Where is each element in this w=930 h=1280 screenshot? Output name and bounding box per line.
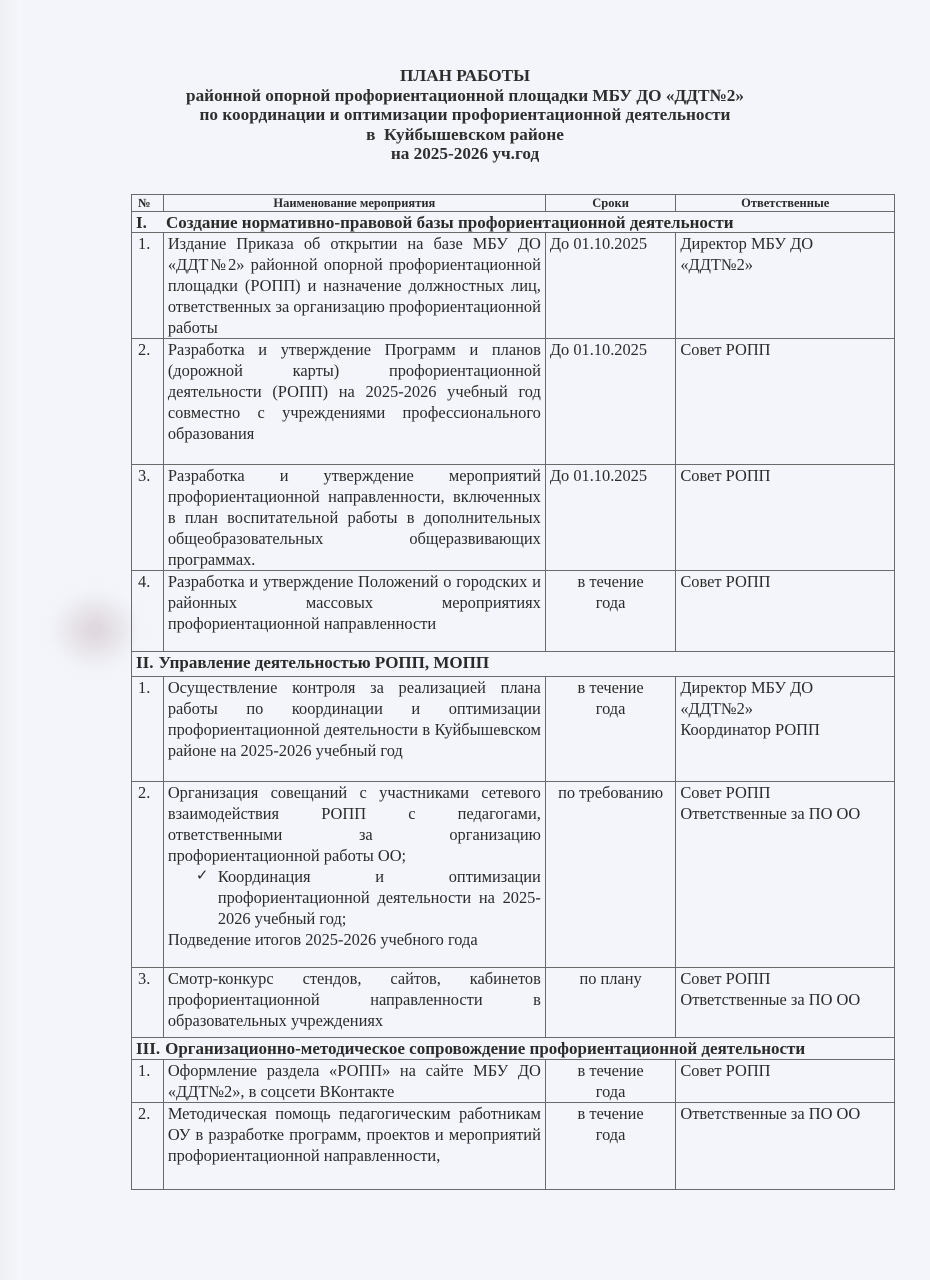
event-name: Оформление раздела «РОПП» на сайте МБУ Д… xyxy=(163,1060,545,1103)
title-line-5: на 2025-2026 уч.год xyxy=(0,144,930,164)
section-title: Организационно-методическое сопровождени… xyxy=(165,1039,805,1058)
row-number: 3. xyxy=(132,968,164,1038)
event-deadline: в течение года xyxy=(545,1060,676,1103)
document-title: ПЛАН РАБОТЫ районной опорной профориента… xyxy=(0,66,930,164)
table-row: 3.Смотр-конкурс стендов, сайтов, кабинет… xyxy=(132,968,895,1038)
table-header-row: № Наименование мероприятия Сроки Ответст… xyxy=(132,195,895,212)
title-line-1: ПЛАН РАБОТЫ xyxy=(0,66,930,86)
section-row: I.Создание нормативно-правовой базы проф… xyxy=(132,212,895,233)
event-deadline: До 01.10.2025 xyxy=(545,465,676,571)
responsible-line: Совет РОПП xyxy=(680,571,890,592)
row-number: 1. xyxy=(132,233,164,339)
event-deadline: в течение года xyxy=(545,677,676,782)
event-deadline: по плану xyxy=(545,968,676,1038)
scan-smudge xyxy=(50,590,140,670)
responsible-line: Директор МБУ ДО «ДДТ№2» xyxy=(680,233,820,275)
section-number: III. xyxy=(136,1039,160,1058)
responsible-line: Совет РОПП xyxy=(680,1060,890,1081)
row-number: 1. xyxy=(132,1060,164,1103)
event-responsible: Совет РОПП xyxy=(676,339,895,465)
event-name-tail: Подведение итогов 2025-2026 учебного год… xyxy=(168,929,541,950)
event-name-text: Разработка и утверждение мероприятий про… xyxy=(168,465,541,570)
event-name-text: Организация совещаний с участниками сете… xyxy=(168,782,541,866)
event-name: Смотр-конкурс стендов, сайтов, кабинетов… xyxy=(163,968,545,1038)
event-deadline: До 01.10.2025 xyxy=(545,339,676,465)
event-name-text: Смотр-конкурс стендов, сайтов, кабинетов… xyxy=(168,968,541,1031)
event-deadline: До 01.10.2025 xyxy=(545,233,676,339)
event-responsible: Директор МБУ ДО «ДДТ№2»Координатор РОПП xyxy=(676,677,895,782)
responsible-line: Совет РОПП xyxy=(680,339,890,360)
responsible-line: Директор МБУ ДО «ДДТ№2» xyxy=(680,677,820,719)
table-row: 4.Разработка и утверждение Положений о г… xyxy=(132,571,895,652)
plan-table-body: I.Создание нормативно-правовой базы проф… xyxy=(132,212,895,1190)
title-line-4: в Куйбышевском районе xyxy=(0,125,930,145)
responsible-line: Ответственные за ПО ОО xyxy=(680,803,890,824)
section-row: III.Организационно-методическое сопровож… xyxy=(132,1038,895,1060)
event-name: Издание Приказа об открытии на базе МБУ … xyxy=(163,233,545,339)
event-responsible: Директор МБУ ДО «ДДТ№2» xyxy=(676,233,895,339)
checkmark-icon: ✓ xyxy=(196,866,218,929)
event-name: Разработка и утверждение Положений о гор… xyxy=(163,571,545,652)
header-resp: Ответственные xyxy=(676,195,895,212)
checklist-text: Координация и оптимизации профориентацио… xyxy=(218,866,541,929)
event-name: Разработка и утверждение Программ и план… xyxy=(163,339,545,465)
row-number: 3. xyxy=(132,465,164,571)
table-row: 3.Разработка и утверждение мероприятий п… xyxy=(132,465,895,571)
table-row: 2.Разработка и утверждение Программ и пл… xyxy=(132,339,895,465)
section-number: II. xyxy=(136,653,153,672)
section-heading: I.Создание нормативно-правовой базы проф… xyxy=(132,212,895,233)
event-name: Методическая помощь педагогическим работ… xyxy=(163,1103,545,1190)
title-line-3: по координации и оптимизации профориента… xyxy=(0,105,930,125)
event-responsible: Совет РОППОтветственные за ПО ОО xyxy=(676,968,895,1038)
event-responsible: Ответственные за ПО ОО xyxy=(676,1103,895,1190)
event-responsible: Совет РОПП xyxy=(676,571,895,652)
table-row: 2.Методическая помощь педагогическим раб… xyxy=(132,1103,895,1190)
event-deadline: по требованию xyxy=(545,782,676,968)
event-name-text: Разработка и утверждение Программ и план… xyxy=(168,339,541,444)
event-name-text: Методическая помощь педагогическим работ… xyxy=(168,1103,541,1166)
section-row: II.Управление деятельностью РОПП, МОПП xyxy=(132,652,895,677)
checklist-item: ✓Координация и оптимизации профориентаци… xyxy=(168,866,541,929)
event-responsible: Совет РОПП xyxy=(676,465,895,571)
event-name-text: Издание Приказа об открытии на базе МБУ … xyxy=(168,233,541,338)
header-name: Наименование мероприятия xyxy=(163,195,545,212)
section-number: I. xyxy=(136,213,166,232)
responsible-line: Совет РОПП xyxy=(680,782,890,803)
row-number: 4. xyxy=(132,571,164,652)
event-name-text: Оформление раздела «РОПП» на сайте МБУ Д… xyxy=(168,1060,541,1102)
event-responsible: Совет РОПП xyxy=(676,1060,895,1103)
table-row: 1.Оформление раздела «РОПП» на сайте МБУ… xyxy=(132,1060,895,1103)
event-name: Осуществление контроля за реализацией пл… xyxy=(163,677,545,782)
header-num: № xyxy=(132,195,164,212)
table-row: 1.Издание Приказа об открытии на базе МБ… xyxy=(132,233,895,339)
row-number: 2. xyxy=(132,339,164,465)
event-deadline: в течение года xyxy=(545,571,676,652)
title-line-2: районной опорной профориентационной площ… xyxy=(0,86,930,106)
event-responsible: Совет РОППОтветственные за ПО ОО xyxy=(676,782,895,968)
event-name: Организация совещаний с участниками сете… xyxy=(163,782,545,968)
row-number: 1. xyxy=(132,677,164,782)
section-title: Создание нормативно-правовой базы профор… xyxy=(166,213,734,232)
plan-table: № Наименование мероприятия Сроки Ответст… xyxy=(131,194,895,1190)
event-name-text: Осуществление контроля за реализацией пл… xyxy=(168,677,541,761)
row-number: 2. xyxy=(132,1103,164,1190)
section-title: Управление деятельностью РОПП, МОПП xyxy=(158,653,489,672)
row-number: 2. xyxy=(132,782,164,968)
responsible-line: Ответственные за ПО ОО xyxy=(680,1103,890,1124)
event-deadline: в течение года xyxy=(545,1103,676,1190)
event-name-text: Разработка и утверждение Положений о гор… xyxy=(168,571,541,634)
responsible-line: Координатор РОПП xyxy=(680,719,890,740)
responsible-line: Совет РОПП xyxy=(680,968,890,989)
section-heading: II.Управление деятельностью РОПП, МОПП xyxy=(132,652,895,677)
responsible-line: Совет РОПП xyxy=(680,465,890,486)
section-heading: III.Организационно-методическое сопровож… xyxy=(132,1038,895,1060)
table-row: 2.Организация совещаний с участниками се… xyxy=(132,782,895,968)
table-row: 1.Осуществление контроля за реализацией … xyxy=(132,677,895,782)
event-name: Разработка и утверждение мероприятий про… xyxy=(163,465,545,571)
scan-page-edge xyxy=(0,0,22,1280)
header-date: Сроки xyxy=(545,195,676,212)
responsible-line: Ответственные за ПО ОО xyxy=(680,989,890,1010)
